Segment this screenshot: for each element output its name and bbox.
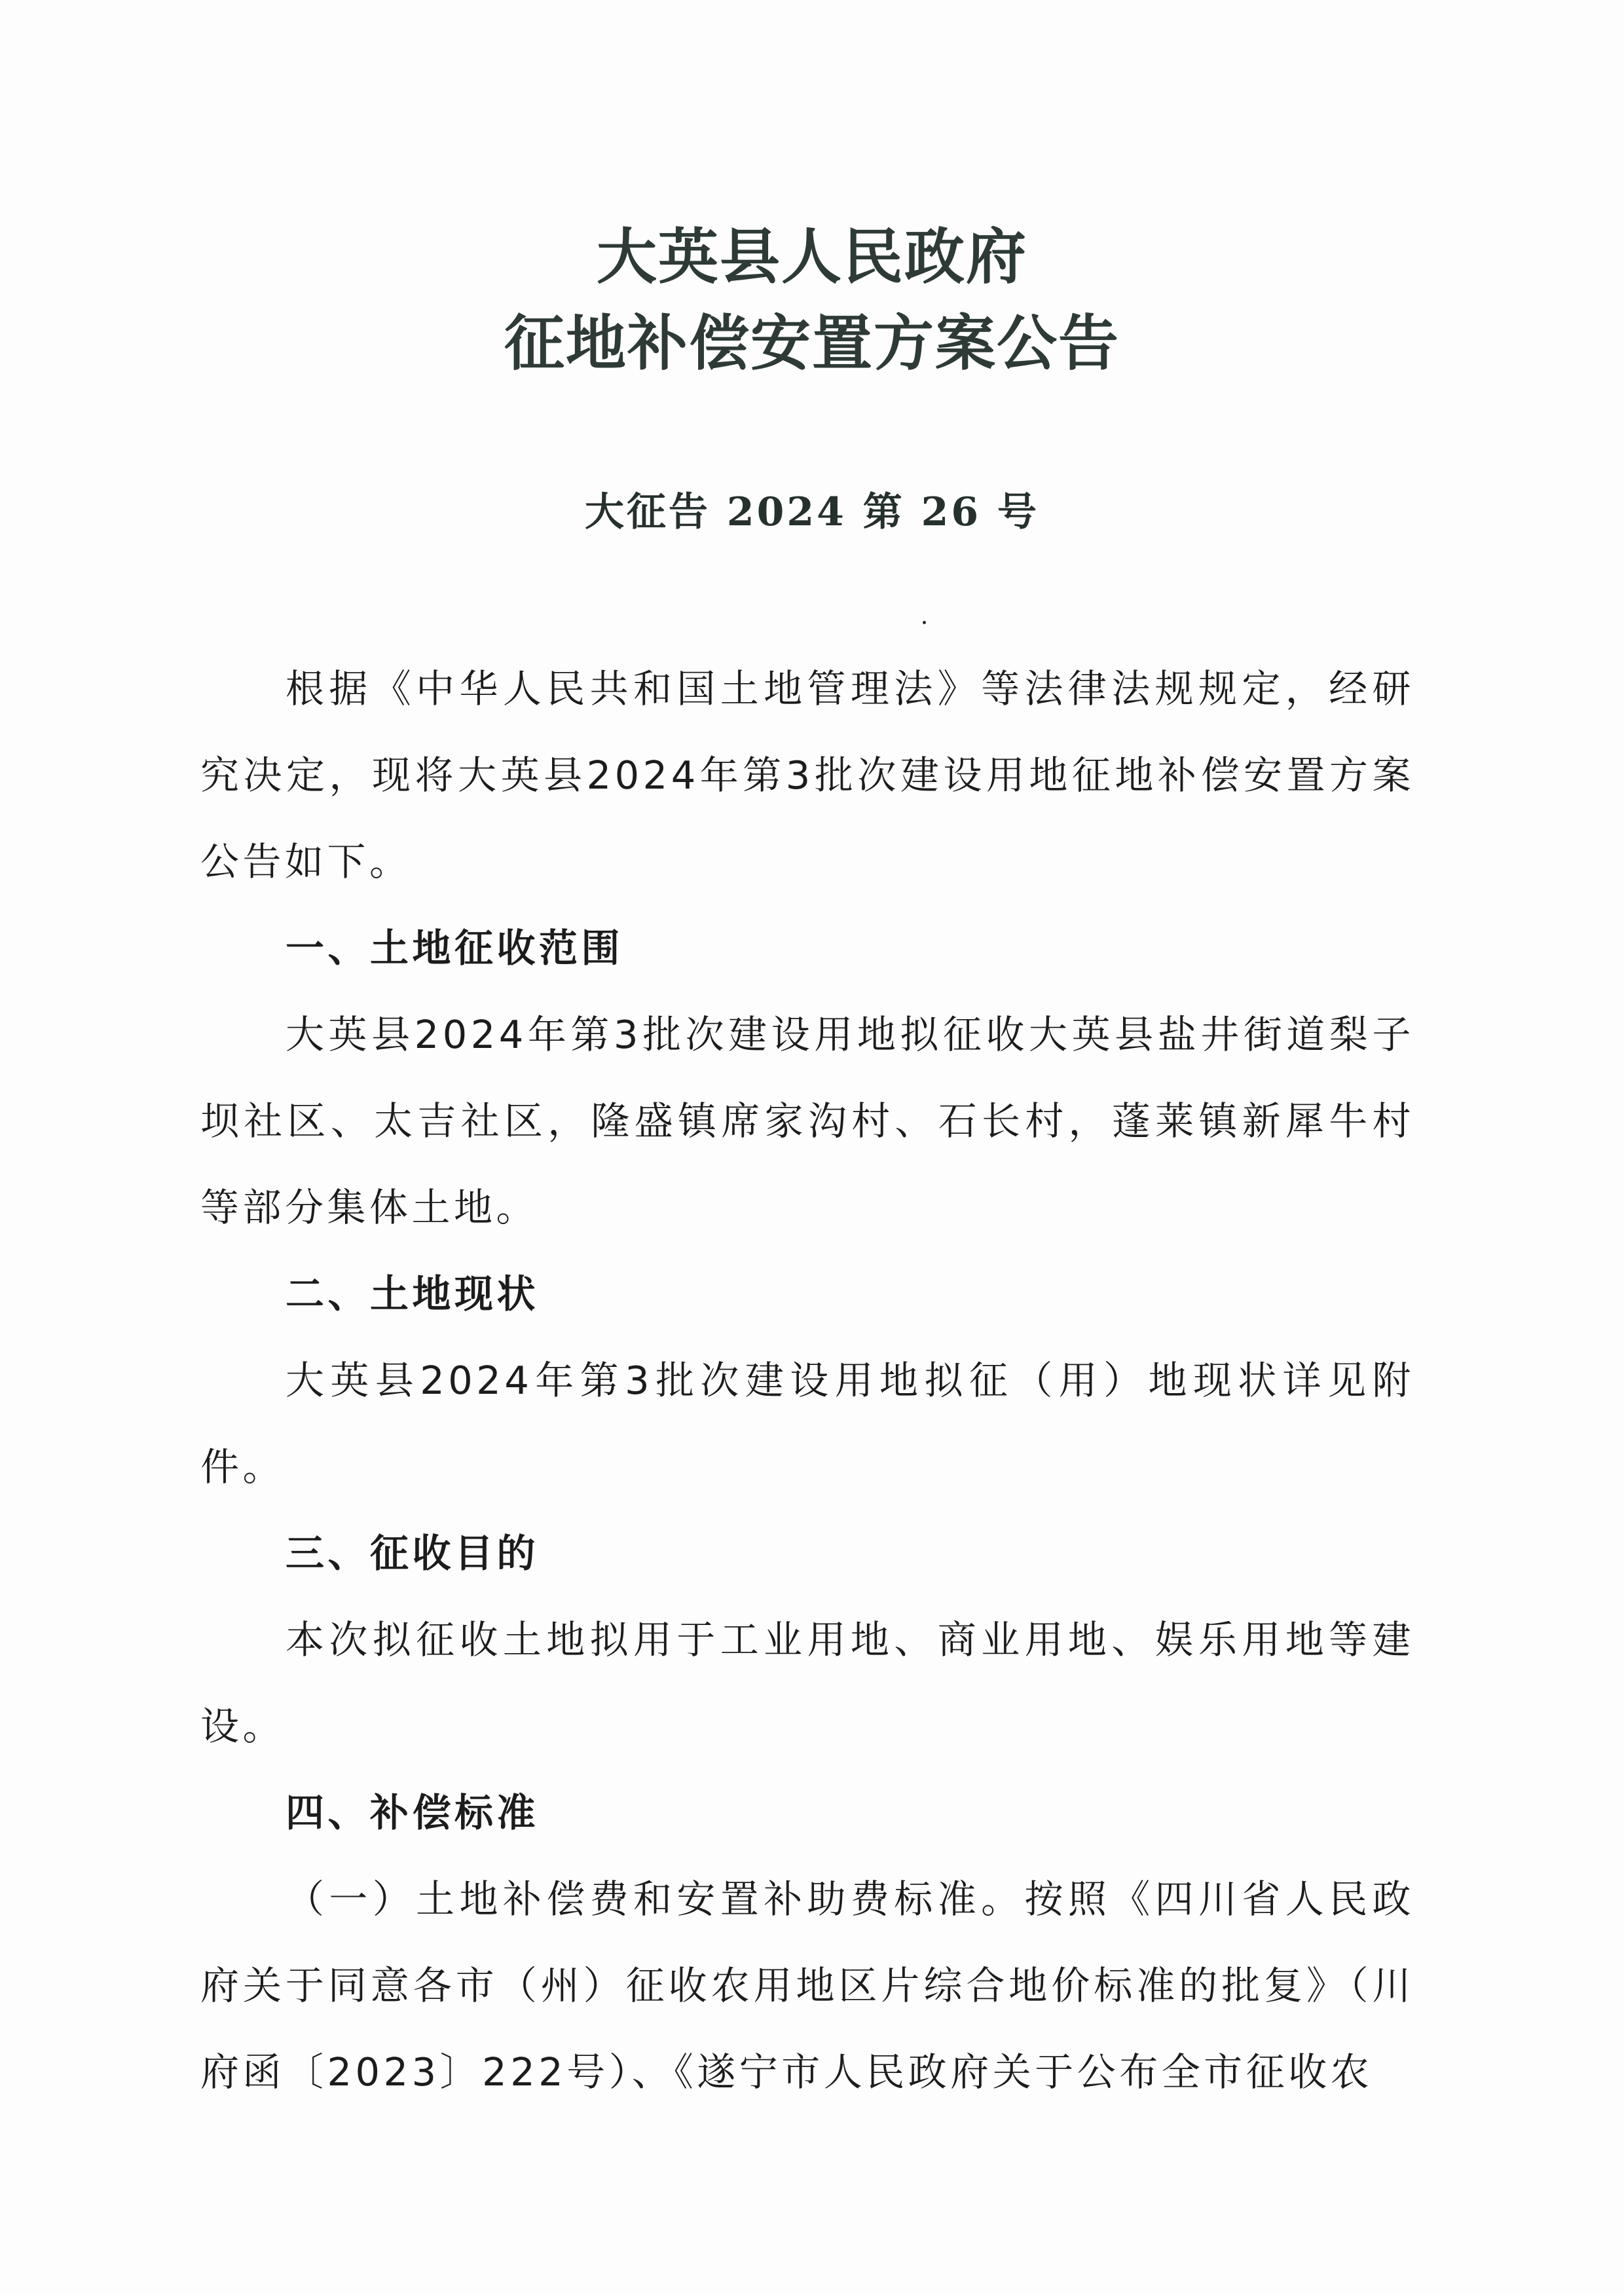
section-paragraph-scope: 大英县2024年第3批次建设用地拟征收大英县盐井街道梨子坝社区、太吉社区，隆盛镇… xyxy=(200,992,1414,1251)
section-heading-status: 二、土地现状 xyxy=(200,1251,1414,1337)
section-paragraph-compensation: （一）土地补偿费和安置补助费标准。按照《四川省人民政府关于同意各市（州）征收农用… xyxy=(200,1856,1414,2116)
section-heading-purpose: 三、征收目的 xyxy=(200,1510,1414,1597)
document-page: 大英县人民政府 征地补偿安置方案公告 大征告 2024 第 26 号 根据《中华… xyxy=(0,0,1624,2295)
section-heading-text: 三、征收目的 xyxy=(286,1531,539,1576)
section-heading-text: 二、土地现状 xyxy=(286,1271,539,1316)
title-notice: 征地补偿安置方案公告 xyxy=(0,313,1624,373)
scan-speck xyxy=(923,621,926,624)
section-heading-compensation: 四、补偿标准 xyxy=(200,1770,1414,1856)
section-heading-text: 四、补偿标准 xyxy=(286,1790,539,1835)
section-paragraph-purpose: 本次拟征收土地拟用于工业用地、商业用地、娱乐用地等建设。 xyxy=(200,1597,1414,1770)
section-heading-scope: 一、土地征收范围 xyxy=(200,905,1414,992)
intro-paragraph: 根据《中华人民共和国土地管理法》等法律法规规定，经研究决定，现将大英县2024年… xyxy=(200,646,1414,905)
title-issuer: 大英县人民政府 xyxy=(0,227,1624,287)
document-number: 大征告 2024 第 26 号 xyxy=(0,493,1624,532)
section-heading-text: 一、土地征收范围 xyxy=(286,925,623,971)
document-body: 根据《中华人民共和国土地管理法》等法律法规规定，经研究决定，现将大英县2024年… xyxy=(200,646,1414,2116)
section-paragraph-status: 大英县2024年第3批次建设用地拟征（用）地现状详见附件。 xyxy=(200,1337,1414,1510)
